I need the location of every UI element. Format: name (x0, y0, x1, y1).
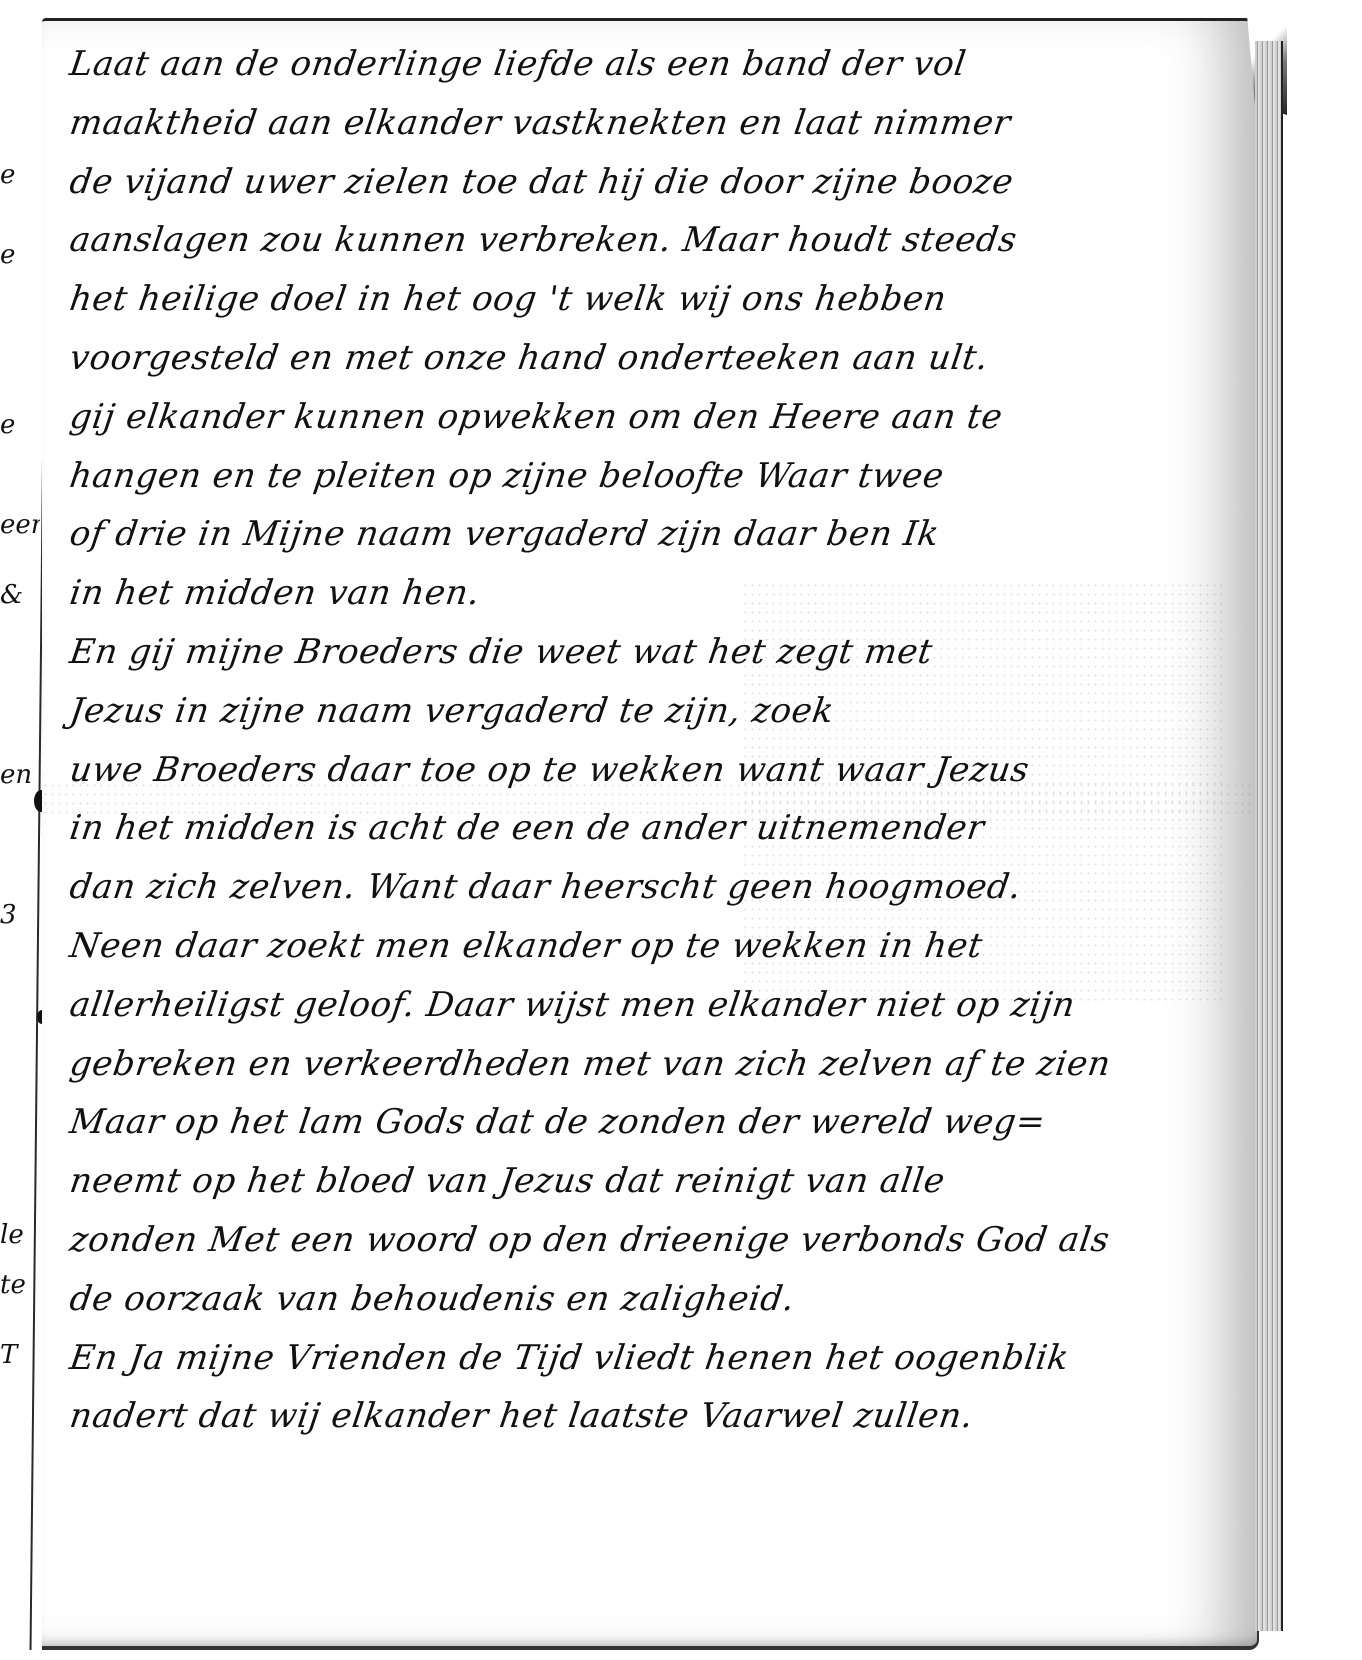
manuscript-line: Neen daar zoekt men elkander op te wekke… (66, 917, 1254, 976)
manuscript-line: in het midden van hen. (66, 564, 1254, 623)
manuscript-line: uwe Broeders daar toe op te wekken want … (66, 741, 1254, 800)
manuscript-line: in het midden is acht de een de ander ui… (66, 799, 1254, 858)
left-fragment: en (0, 760, 40, 790)
manuscript-line: de vijand uwer zielen toe dat hij die do… (66, 153, 1254, 212)
manuscript-line: maaktheid aan elkander vastknekten en la… (66, 94, 1254, 153)
manuscript-line: aanslagen zou kunnen verbreken. Maar hou… (66, 211, 1254, 270)
manuscript-line: gebreken en verkeerdheden met van zich z… (66, 1035, 1254, 1094)
manuscript-line: neemt op het bloed van Jezus dat reinigt… (66, 1152, 1254, 1211)
manuscript-line: het heilige doel in het oog 't welk wij … (66, 270, 1254, 329)
left-fragment: eere (0, 510, 40, 540)
manuscript-line: of drie in Mijne naam vergaderd zijn daa… (66, 505, 1254, 564)
manuscript-line: dan zich zelven. Want daar heerscht geen… (66, 858, 1254, 917)
manuscript-line: En Ja mijne Vrienden de Tijd vliedt hene… (66, 1329, 1254, 1388)
manuscript-line: de oorzaak van behoudenis en zaligheid. (66, 1270, 1254, 1329)
left-fragment: 3 (0, 900, 40, 930)
manuscript-page: Laat aan de onderlinge liefde als een ba… (42, 18, 1259, 1650)
left-fragment: e (0, 240, 40, 270)
manuscript-line: gij elkander kunnen opwekken om den Heer… (66, 388, 1254, 447)
handwritten-text: Laat aan de onderlinge liefde als een ba… (70, 35, 1250, 1446)
left-facing-page-fragment: e e e eere & en 3 le te T (0, 40, 42, 1650)
manuscript-line: Maar op het lam Gods dat de zonden der w… (66, 1093, 1254, 1152)
manuscript-line: voorgesteld en met onze hand onderteeken… (66, 329, 1254, 388)
manuscript-line: Laat aan de onderlinge liefde als een ba… (66, 35, 1254, 94)
manuscript-line: zonden Met een woord op den drieenige ve… (66, 1211, 1254, 1270)
manuscript-line: hangen en te pleiten op zijne beloofte W… (66, 447, 1254, 506)
manuscript-line: allerheiligst geloof. Daar wijst men elk… (66, 976, 1254, 1035)
manuscript-line: Jezus in zijne naam vergaderd te zijn, z… (66, 682, 1254, 741)
left-fragment: e (0, 160, 40, 190)
manuscript-scan: e e e eere & en 3 le te T Laat aan de on… (0, 0, 1362, 1660)
left-fragment: & (0, 580, 40, 610)
page-stack-edge (1255, 41, 1283, 1631)
manuscript-line: nadert dat wij elkander het laatste Vaar… (66, 1387, 1254, 1446)
manuscript-line: En gij mijne Broeders die weet wat het z… (66, 623, 1254, 682)
left-fragment: e (0, 410, 40, 440)
